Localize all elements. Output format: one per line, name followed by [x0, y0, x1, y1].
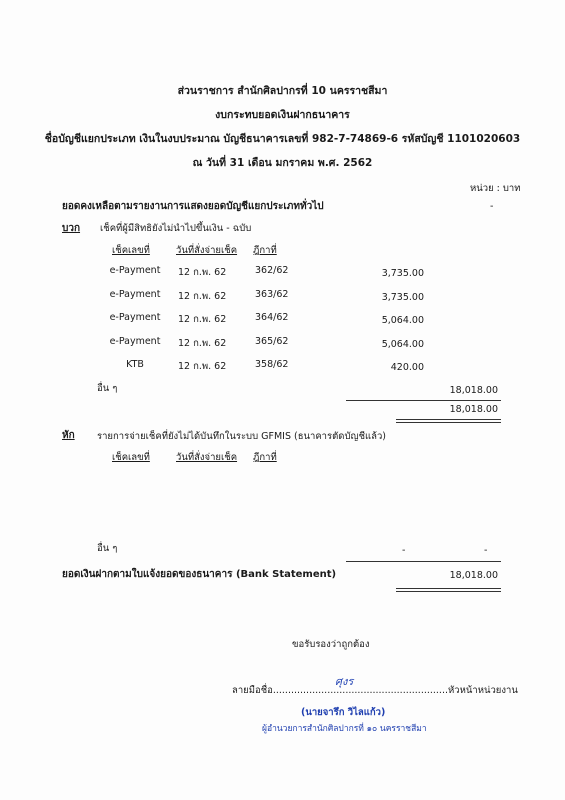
cell-voucher: 365/62	[255, 336, 305, 347]
bank-statement-label: ยอดเงินฝากตามใบแจ้งยอดของธนาคาร (Bank St…	[62, 567, 336, 582]
header-account: ชื่อบัญชีแยกประเภท เงินในงบประมาณ บัญชีธ…	[0, 130, 565, 147]
add-col-date: วันที่สั่งจ่ายเช็ค	[176, 243, 237, 258]
signature-dots-right: ............................	[363, 685, 448, 696]
cell-voucher: 358/62	[255, 359, 305, 370]
gl-balance-value: -	[490, 201, 493, 212]
signature-line: ลายมือชื่อ..............................…	[232, 683, 518, 698]
add-total: 18,018.00	[420, 404, 498, 415]
cell-voucher: 362/62	[255, 265, 305, 276]
less-rule	[346, 561, 501, 562]
less-col-voucher: ฎีกาที่	[253, 450, 277, 465]
cell-amount: 420.00	[346, 362, 424, 373]
cell-date: 12 ก.พ. 62	[178, 289, 248, 304]
less-other-value-1: -	[402, 545, 405, 556]
cell-date: 12 ก.พ. 62	[178, 336, 248, 351]
certify-text: ขอรับรองว่าถูกต้อง	[292, 637, 369, 652]
cell-amount: 5,064.00	[346, 339, 424, 350]
cell-voucher: 364/62	[255, 312, 305, 323]
subtotal-rule	[346, 400, 501, 401]
signer-title: ผู้อำนวยการสำนักศิลปากรที่ ๑๐ นครราชสีมา	[262, 721, 427, 735]
cell-amount: 3,735.00	[346, 268, 424, 279]
header-date: ณ วันที่ 31 เดือน มกราคม พ.ศ. 2562	[0, 154, 565, 171]
signature-prefix: ลายมือชื่อ	[232, 685, 273, 696]
handwritten-signature: ศุงร	[335, 672, 353, 690]
cell-amount: 5,064.00	[346, 315, 424, 326]
gl-balance-label: ยอดคงเหลือตามรายงานการแสดงยอดบัญชีแยกประ…	[62, 199, 324, 214]
signer-name: (นายจารึก วิไลแก้ว)	[301, 705, 385, 720]
add-col-cheque-no: เช็คเลขที่	[112, 243, 150, 258]
header-title: งบกระทบยอดเงินฝากธนาคาร	[0, 106, 565, 123]
total-double-rule	[396, 419, 501, 423]
bank-double-rule	[396, 588, 501, 592]
less-col-date: วันที่สั่งจ่ายเช็ค	[176, 450, 237, 465]
add-other-label: อื่น ๆ	[97, 381, 117, 396]
less-col-cheque-no: เช็คเลขที่	[112, 450, 150, 465]
cell-date: 12 ก.พ. 62	[178, 312, 248, 327]
add-section-title: บวก	[62, 221, 80, 236]
cell-cheque-no: e-Payment	[100, 265, 170, 276]
cell-cheque-no: e-Payment	[100, 289, 170, 300]
cell-amount: 3,735.00	[346, 292, 424, 303]
add-col-voucher: ฎีกาที่	[253, 243, 277, 258]
less-section-title: หัก	[62, 428, 75, 443]
cell-cheque-no: KTB	[100, 359, 170, 370]
bank-statement-value: 18,018.00	[420, 570, 498, 581]
less-section-description: รายการจ่ายเช็คที่ยังไม่ได้บันทึกในระบบ G…	[97, 429, 386, 444]
header-agency: ส่วนราชการ สำนักศิลปากรที่ 10 นครราชสีมา	[0, 82, 565, 99]
less-other-label: อื่น ๆ	[97, 541, 117, 556]
document-page: ส่วนราชการ สำนักศิลปากรที่ 10 นครราชสีมา…	[0, 0, 565, 800]
cell-cheque-no: e-Payment	[100, 312, 170, 323]
cell-date: 12 ก.พ. 62	[178, 265, 248, 280]
less-other-value-2: -	[484, 545, 487, 556]
cell-date: 12 ก.พ. 62	[178, 359, 248, 374]
add-section-description: เช็คที่ผู้มีสิทธิยังไม่นำไปขึ้นเงิน - ฉบ…	[100, 221, 251, 236]
cell-voucher: 363/62	[255, 289, 305, 300]
unit-label: หน่วย : บาท	[470, 181, 521, 196]
cell-cheque-no: e-Payment	[100, 336, 170, 347]
add-subtotal: 18,018.00	[420, 385, 498, 396]
signature-role: หัวหน้าหน่วยงาน	[448, 685, 518, 696]
